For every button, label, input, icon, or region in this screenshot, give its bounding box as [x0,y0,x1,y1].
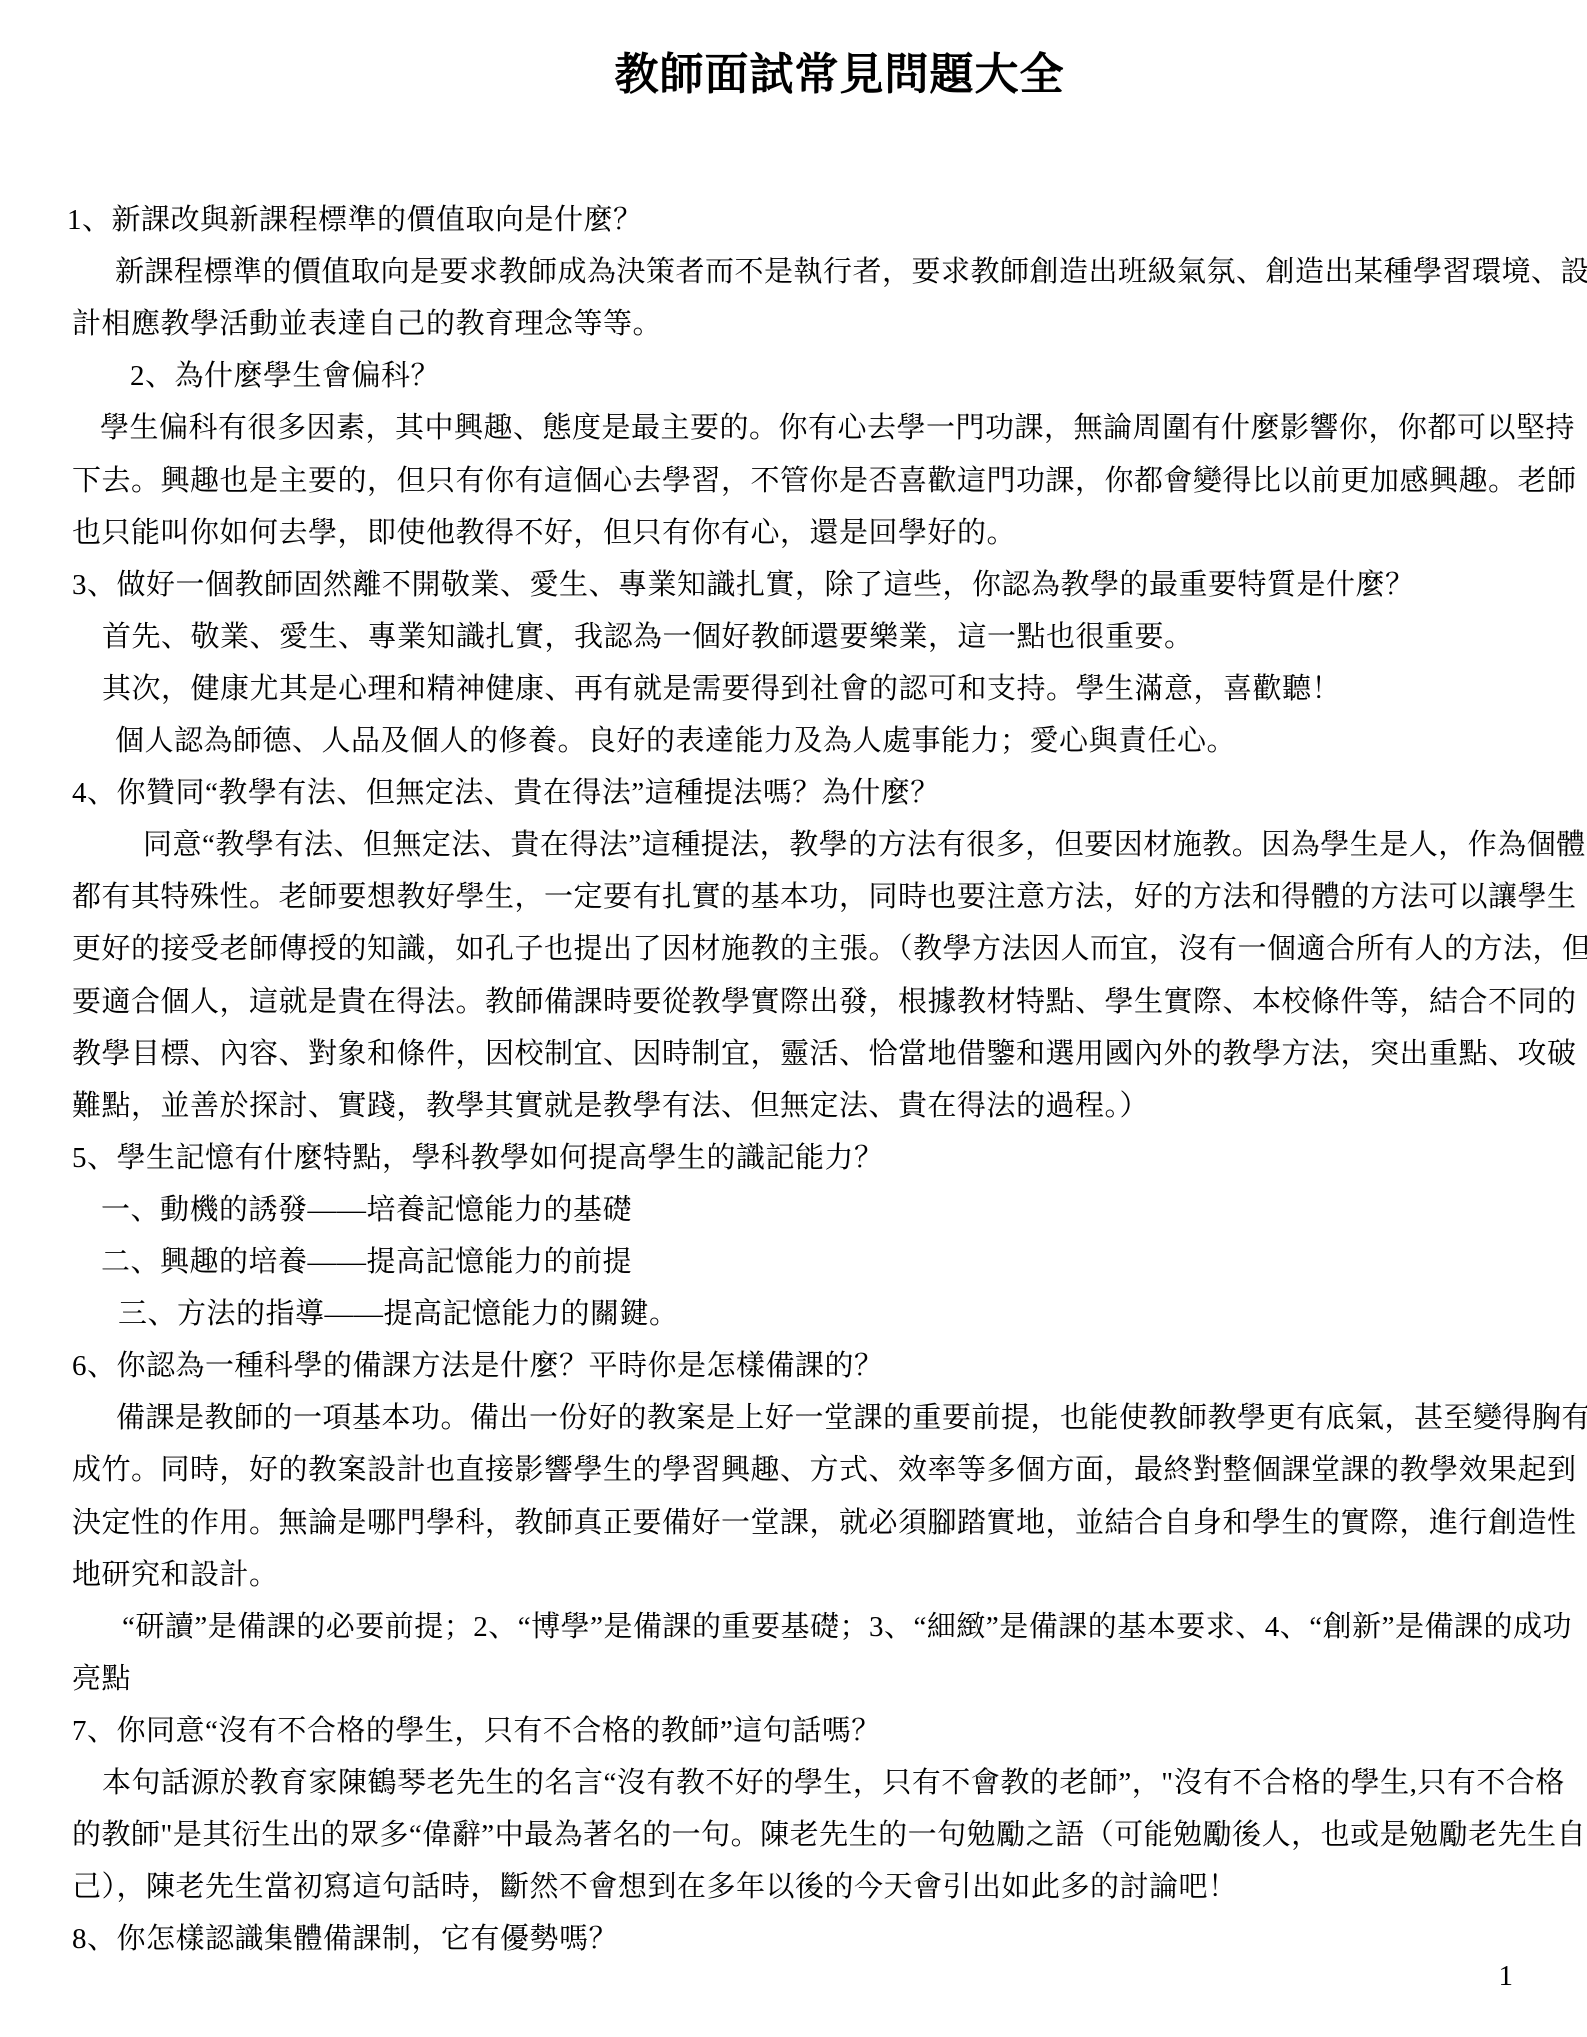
text-line: 地研究和設計。 [72,1557,279,1593]
text-line: “研讀”是備課的必要前提；2、“博學”是備課的重要基礎；3、“細緻”是備課的基本… [122,1609,1572,1645]
text-line: 本句話源於教育家陳鶴琴老先生的名言“沒有教不好的學生，只有不會教的老師”，"沒有… [102,1765,1565,1801]
text-line: 更好的接受老師傳授的知識，如孔子也提出了因材施教的主張。（教學方法因人而宜，沒有… [72,931,1587,967]
page-number: 1 [1499,1960,1514,1993]
text-line: 個人認為師德、人品及個人的修養。良好的表達能力及為人處事能力；愛心與責任心。 [115,723,1236,759]
text-line: 決定性的作用。無論是哪門學科，教師真正要備好一堂課，就必須腳踏實地，並結合自身和… [72,1505,1577,1541]
text-line: 己），陳老先生當初寫這句話時，斷然不會想到在多年以後的今天會引出如此多的討論吧！ [72,1869,1238,1905]
text-line: 同意“教學有法、但無定法、貴在得法”這種提法，教學的方法有很多，但要因材施教。因… [143,827,1587,863]
text-line: 4、你贊同“教學有法、但無定法、貴在得法”這種提法嗎？為什麼？ [72,775,940,811]
text-line: 5、學生記憶有什麼特點，學科教學如何提高學生的識記能力？ [72,1140,884,1176]
text-line: 6、你認為一種科學的備課方法是什麼？平時你是怎樣備課的？ [72,1348,884,1384]
text-line: 2、為什麼學生會偏科？ [130,358,440,394]
text-line: 都有其特殊性。老師要想教好學生，一定要有扎實的基本功，同時也要注意方法，好的方法… [72,879,1577,915]
text-line: 教學目標、內容、對象和條件，因校制宜、因時制宜，靈活、恰當地借鑒和選用國內外的教… [72,1036,1577,1072]
text-line: 亮點 [72,1661,131,1697]
text-line: 新課程標準的價值取向是要求教師成為決策者而不是執行者，要求教師創造出班級氣氛、創… [115,254,1587,290]
text-line: 學生偏科有很多因素，其中興趣、態度是最主要的。你有心去學一門功課，無論周圍有什麼… [100,410,1575,446]
text-line: 備課是教師的一項基本功。備出一份好的教案是上好一堂課的重要前提，也能使教師教學更… [116,1400,1587,1436]
text-line: 計相應教學活動並表達自己的教育理念等等。 [72,306,662,342]
text-line: 1、新課改與新課程標準的價值取向是什麼？ [67,202,643,238]
text-line: 下去。興趣也是主要的，但只有你有這個心去學習，不管你是否喜歡這門功課，你都會變得… [72,463,1577,499]
text-line: 也只能叫你如何去學，即使他教得不好，但只有你有心，還是回學好的。 [72,515,1016,551]
text-line: 3、做好一個教師固然離不開敬業、愛生、專業知識扎實，除了這些，你認為教學的最重要… [72,567,1415,603]
text-line: 成竹。同時，好的教案設計也直接影響學生的學習興趣、方式、效率等多個方面，最終對整… [72,1452,1577,1488]
text-line: 其次，健康尤其是心理和精神健康、再有就是需要得到社會的認可和支持。學生滿意，喜歡… [102,671,1341,707]
text-line: 二、興趣的培養——提高記憶能力的前提 [101,1244,632,1280]
text-line: 8、你怎樣認識集體備課制，它有優勢嗎？ [72,1921,618,1957]
text-line: 難點，並善於探討、實踐，教學其實就是教學有法、但無定法、貴在得法的過程。） [72,1088,1149,1124]
text-line: 的教師"是其衍生出的眾多“偉辭”中最為著名的一句。陳老先生的一句勉勵之語（可能勉… [72,1817,1586,1853]
text-line: 要適合個人，這就是貴在得法。教師備課時要從教學實際出發，根據教材特點、學生實際、… [72,984,1577,1020]
text-line: 首先、敬業、愛生、專業知識扎實，我認為一個好教師還要樂業，這一點也很重要。 [102,619,1194,655]
text-line: 一、動機的誘發——培養記憶能力的基礎 [101,1192,632,1228]
document-title: 教師面試常見問題大全 [0,38,1587,102]
text-line: 三、方法的指導——提高記憶能力的關鍵。 [118,1296,679,1332]
text-line: 7、你同意“沒有不合格的學生，只有不合格的教師”這句話嗎？ [72,1713,881,1749]
document-page: 教師面試常見問題大全 1、新課改與新課程標準的價值取向是什麼？新課程標準的價值取… [0,0,1587,2037]
